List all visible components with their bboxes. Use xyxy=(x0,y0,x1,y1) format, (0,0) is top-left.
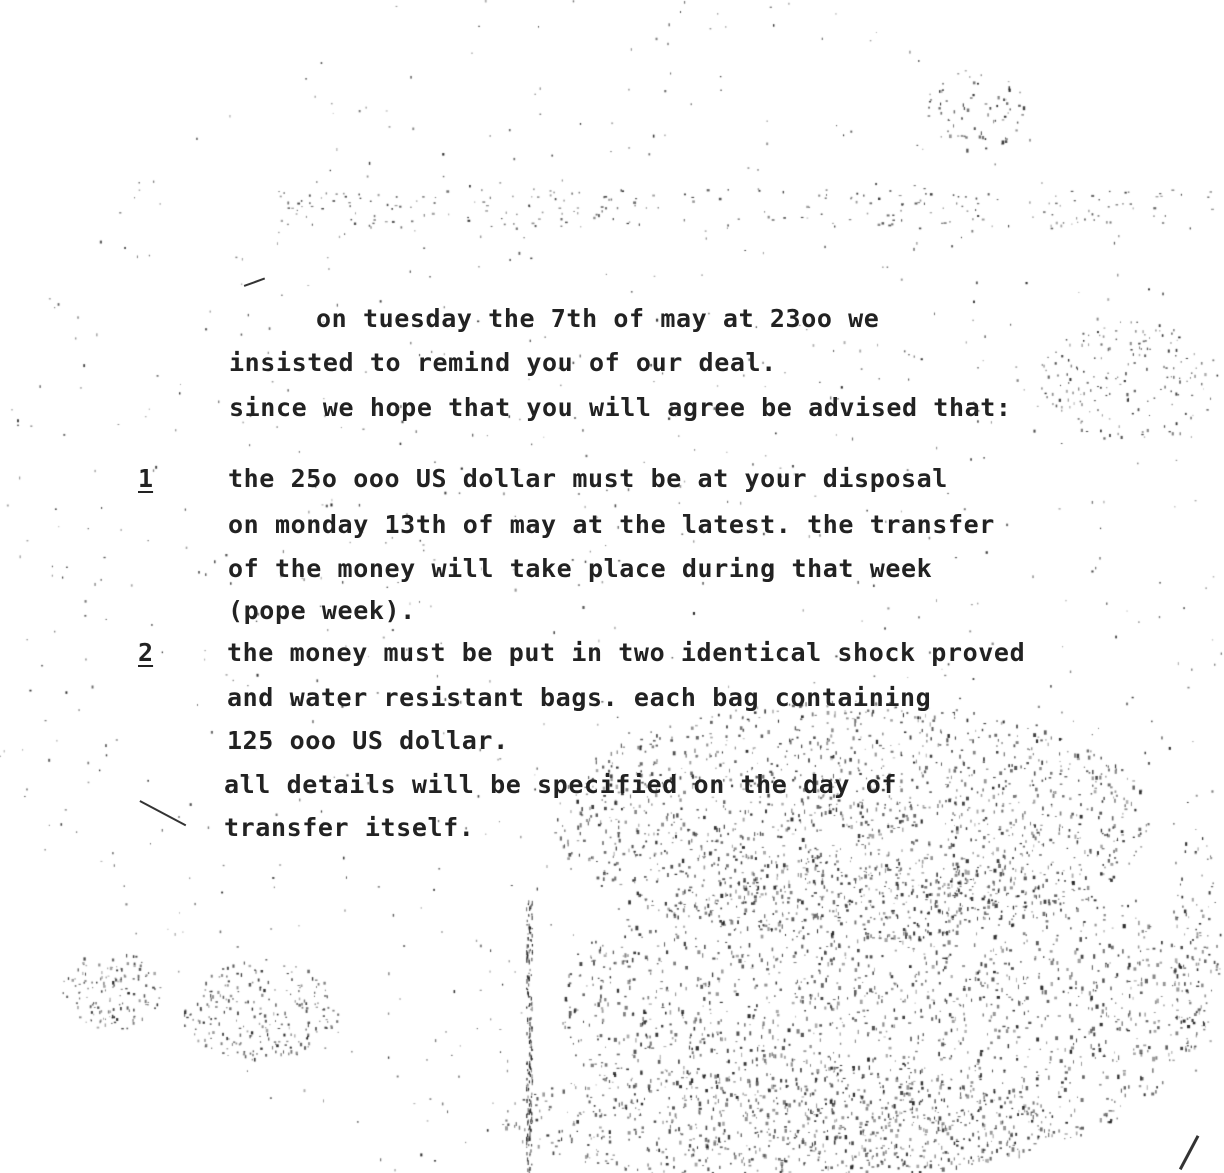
stray-mark-top xyxy=(244,278,265,287)
intro-line-3: since we hope that you will agree be adv… xyxy=(229,395,1012,420)
intro-line-1: on tuesday the 7th of may at 23oo we xyxy=(316,306,879,331)
list-marker-2: 2 xyxy=(138,640,153,665)
stray-mark-left xyxy=(140,800,187,826)
item-2-line-4: all details will be specified on the day… xyxy=(224,772,897,797)
item-1-line-2: on monday 13th of may at the latest. the… xyxy=(228,512,995,537)
stray-mark-bottom-right xyxy=(1179,1135,1199,1170)
item-1-line-4: (pope week). xyxy=(228,598,416,623)
intro-line-2: insisted to remind you of our deal. xyxy=(229,350,777,375)
item-1-line-1: the 25o ooo US dollar must be at your di… xyxy=(228,466,948,491)
list-marker-1: 1 xyxy=(138,466,153,491)
item-2-line-3: 125 ooo US dollar. xyxy=(227,728,509,753)
item-1-line-3: of the money will take place during that… xyxy=(228,556,932,581)
letter-page: on tuesday the 7th of may at 23oo we ins… xyxy=(0,0,1224,1173)
item-2-line-1: the money must be put in two identical s… xyxy=(227,640,1025,665)
item-2-line-2: and water resistant bags. each bag conta… xyxy=(227,685,931,710)
item-2-line-5: transfer itself. xyxy=(224,815,474,840)
